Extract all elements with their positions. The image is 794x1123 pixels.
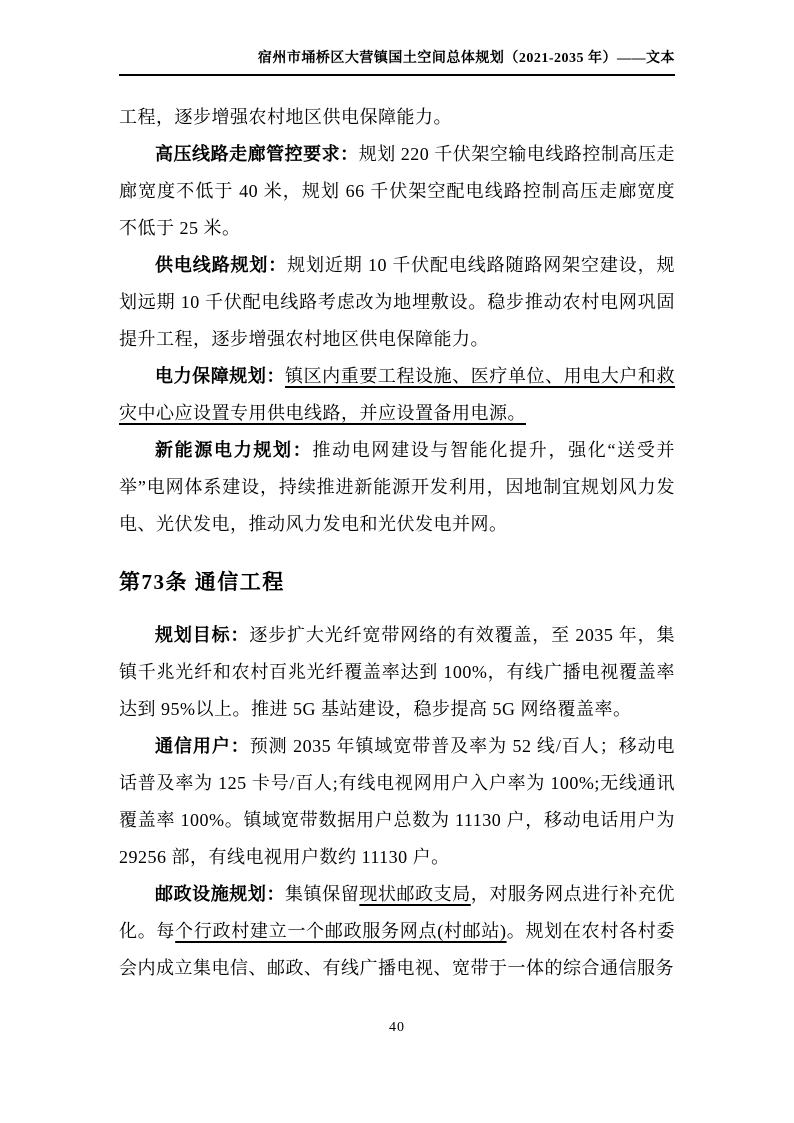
paragraph: 规划目标：逐步扩大光纤宽带网络的有效覆盖，至 2035 年，集镇千兆光纤和农村百…: [119, 617, 675, 728]
underlined-text: 个行政村建立一个邮政服务网点(村邮站): [175, 921, 506, 941]
paragraph-lead-label: 第73条 通信工程: [119, 570, 285, 594]
paragraph-lead-label: 高压线路走廊管控要求：: [155, 144, 359, 164]
text-run: 工程，逐步增强农村地区供电保障能力。: [119, 107, 452, 127]
paragraph: 电力保障规划：镇区内重要工程设施、医疗单位、用电大户和救灾中心应设置专用供电线路…: [119, 358, 675, 432]
document-body: 工程，逐步增强农村地区供电保障能力。高压线路走廊管控要求：规划 220 千伏架空…: [119, 99, 675, 987]
text-run: 集镇保留: [285, 884, 359, 904]
paragraph: 供电线路规划：规划近期 10 千伏配电线路随路网架空建设，规划远期 10 千伏配…: [119, 247, 675, 358]
paragraph: 邮政设施规划：集镇保留现状邮政支局，对服务网点进行补充优化。每个行政村建立一个邮…: [119, 876, 675, 987]
page-number: 40: [389, 1020, 405, 1035]
paragraph: 新能源电力规划：推动电网建设与智能化提升，强化“送受并举”电网体系建设，持续推进…: [119, 432, 675, 543]
paragraph-lead-label: 邮政设施规划：: [155, 884, 285, 904]
page-header: 宿州市埇桥区大营镇国土空间总体规划（2021-2035 年）——文本: [119, 50, 675, 76]
header-title: 宿州市埇桥区大营镇国土空间总体规划（2021-2035 年）——文本: [258, 51, 675, 66]
paragraph: 工程，逐步增强农村地区供电保障能力。: [119, 99, 675, 136]
underlined-text: 现状邮政支局: [359, 884, 470, 904]
section-heading: 第73条 通信工程: [119, 568, 675, 596]
paragraph-lead-label: 供电线路规划：: [155, 255, 287, 275]
paragraph: 高压线路走廊管控要求：规划 220 千伏架空输电线路控制高压走廊宽度不低于 40…: [119, 136, 675, 247]
paragraph-lead-label: 规划目标：: [155, 625, 249, 645]
paragraph-lead-label: 通信用户：: [155, 736, 250, 756]
document-page: 宿州市埇桥区大营镇国土空间总体规划（2021-2035 年）——文本 工程，逐步…: [0, 0, 794, 1123]
paragraph-lead-label: 新能源电力规划：: [155, 440, 312, 460]
page-footer: 40: [0, 1020, 794, 1036]
paragraph-lead-label: 电力保障规划：: [155, 366, 285, 386]
paragraph: 通信用户：预测 2035 年镇域宽带普及率为 52 线/百人；移动电话普及率为 …: [119, 728, 675, 876]
